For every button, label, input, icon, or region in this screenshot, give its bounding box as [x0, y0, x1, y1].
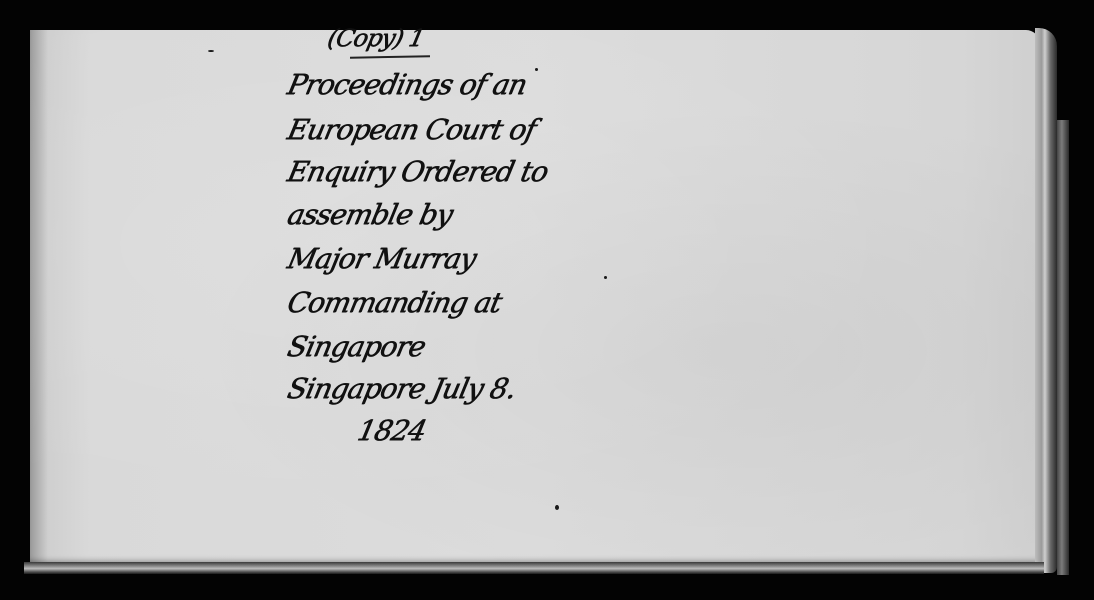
document-title: (Copy) 1: [325, 24, 426, 52]
ink-speck: [555, 505, 559, 510]
text-line-3: Enquiry Ordered to: [284, 155, 550, 188]
scanned-document: (Copy) 1 Proceedings of an European Cour…: [0, 0, 1094, 600]
text-line-6: Commanding at: [284, 286, 504, 319]
page-stack-edge: [1057, 120, 1069, 575]
ink-speck: [208, 50, 214, 52]
text-line-year: 1824: [354, 414, 428, 447]
text-line-4: assemble by: [284, 198, 455, 231]
text-line-1: Proceedings of an: [284, 68, 529, 101]
text-line-5: Major Murray: [284, 242, 478, 275]
text-line-2: European Court of: [284, 113, 538, 146]
text-line-7: Singapore: [284, 330, 428, 363]
page-edge-right: [1035, 28, 1057, 573]
text-line-8: Singapore July 8.: [284, 372, 518, 405]
ink-speck: [535, 68, 538, 71]
ink-speck: [604, 276, 607, 279]
page-bottom-edge: [24, 562, 1044, 574]
paper-page: [30, 30, 1040, 565]
